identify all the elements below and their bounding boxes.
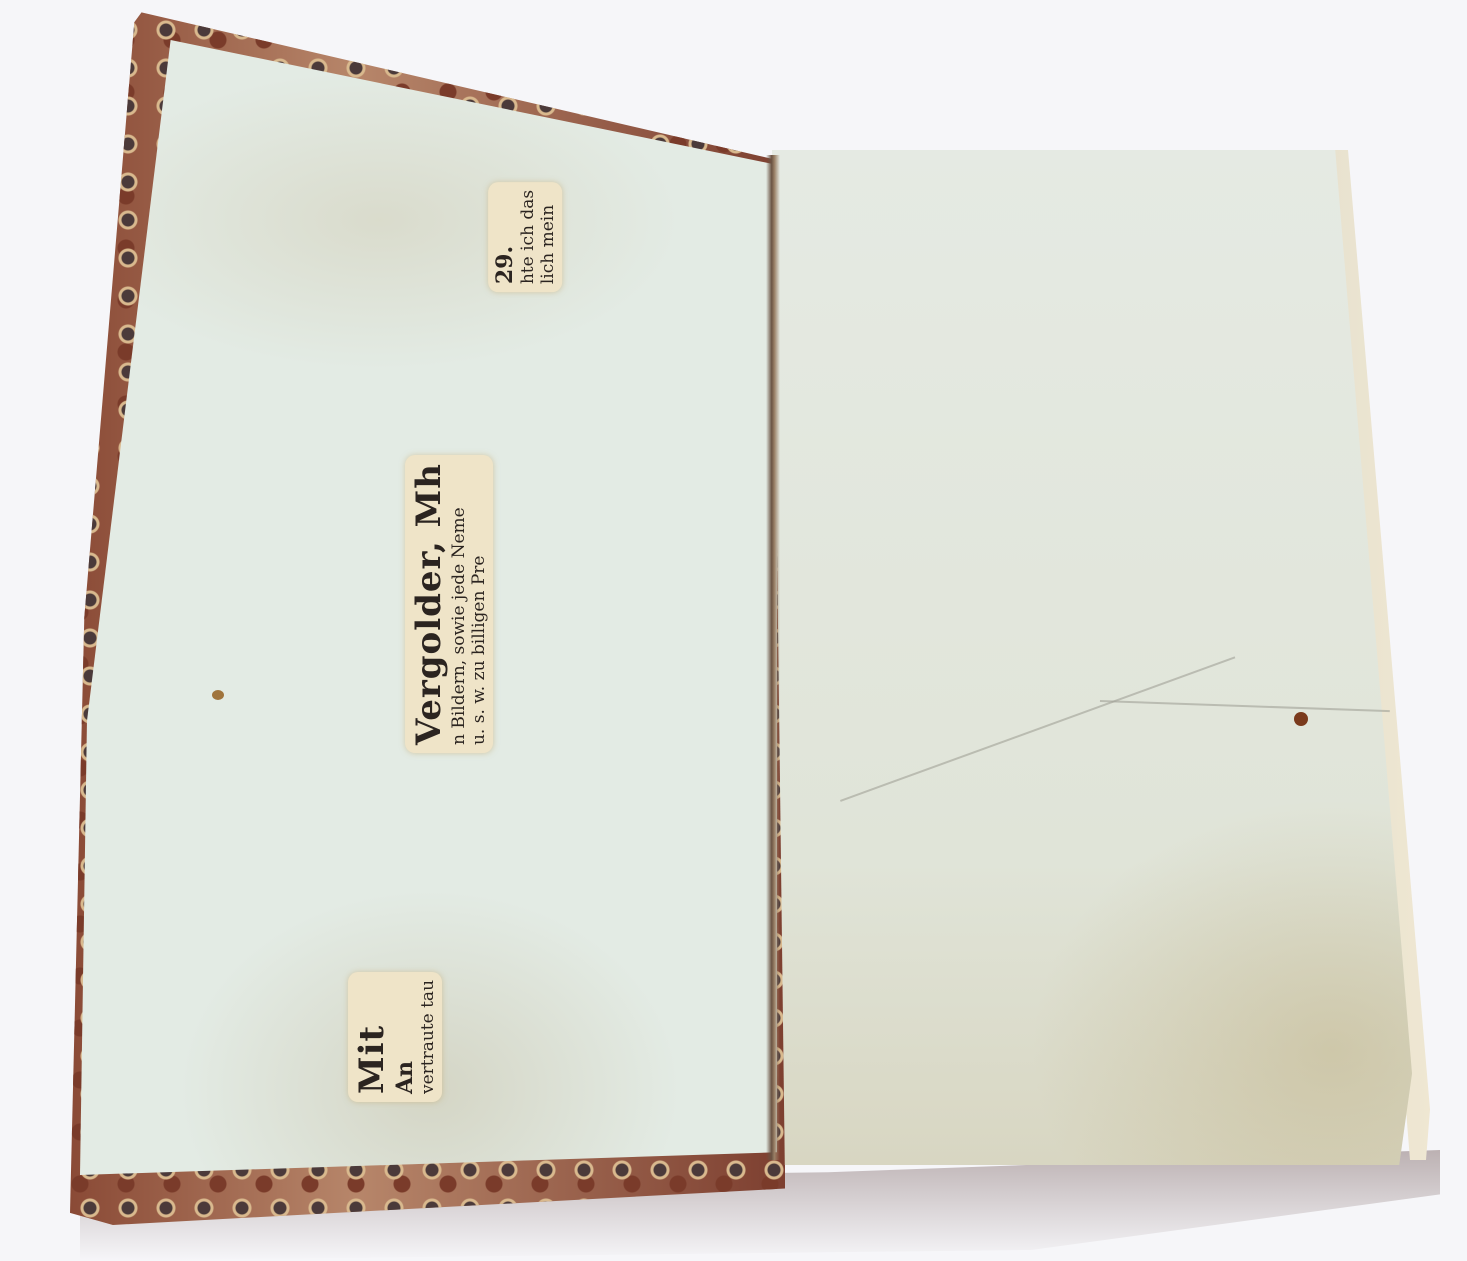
fragment-line: u. s. w. zu billigen Pre — [469, 463, 489, 745]
fragment-headline: Vergolder, Mh — [409, 463, 449, 745]
fragment-line: n Bildern, sowie jede Neme — [449, 463, 469, 745]
newspaper-fragment-bottom: Mit An vertraute tau — [348, 972, 442, 1102]
book-gutter — [766, 155, 780, 1160]
fragment-line: An — [392, 980, 418, 1094]
foxing-spot — [1294, 712, 1308, 726]
right-endpaper — [772, 150, 1412, 1165]
fragment-line: hte ich das — [518, 190, 538, 284]
fragment-headline: Mit — [352, 980, 392, 1094]
fragment-line: 29. — [492, 190, 518, 284]
stain-spot — [212, 690, 224, 700]
fragment-line: lich mein — [538, 190, 558, 284]
newspaper-fragment-center: Vergolder, Mh n Bildern, sowie jede Neme… — [405, 455, 493, 753]
newspaper-fragment-top: 29. hte ich das lich mein — [488, 182, 562, 292]
fragment-line: vertraute tau — [418, 980, 438, 1094]
book-photo: 29. hte ich das lich mein Vergolder, Mh … — [0, 0, 1467, 1261]
